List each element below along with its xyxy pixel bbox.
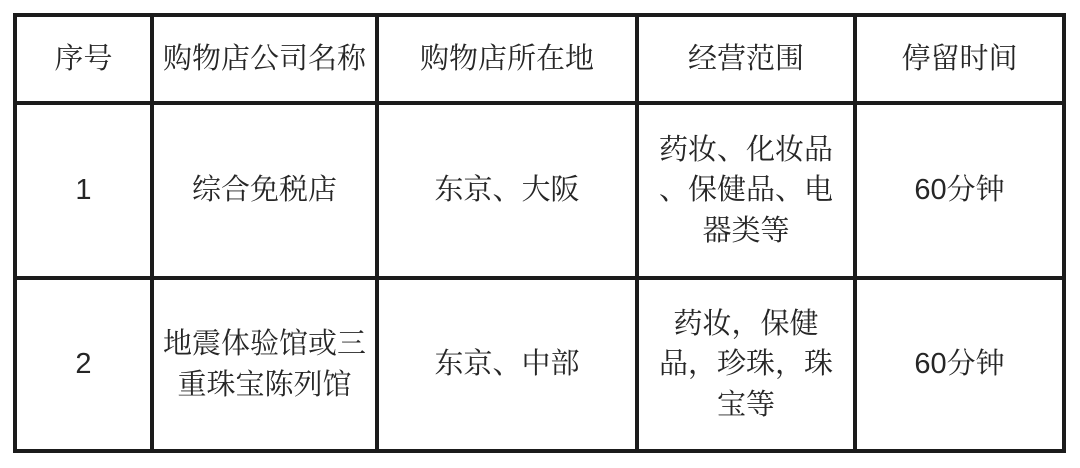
header-cell-business-scope: 经营范围 xyxy=(637,15,855,103)
cell-row2-business-scope: 药妆，保健 品，珍珠，珠 宝等 xyxy=(637,278,855,451)
header-cell-location: 购物店所在地 xyxy=(377,15,637,103)
cell-row2-location: 东京、中部 xyxy=(377,278,637,451)
cell-row1-business-scope: 药妆、化妆品 、保健品、电 器类等 xyxy=(637,103,855,278)
header-cell-serial-number: 序号 xyxy=(15,15,152,103)
header-cell-company-name: 购物店公司名称 xyxy=(152,15,377,103)
table-row: 1 综合免税店 东京、大阪 药妆、化妆品 、保健品、电 器类等 60分钟 xyxy=(15,103,1064,278)
table-row: 2 地震体验馆或三 重珠宝陈列馆 东京、中部 药妆，保健 品，珍珠，珠 宝等 6… xyxy=(15,278,1064,451)
cell-row2-serial-number: 2 xyxy=(15,278,152,451)
cell-row2-company-name: 地震体验馆或三 重珠宝陈列馆 xyxy=(152,278,377,451)
table-header-row: 序号 购物店公司名称 购物店所在地 经营范围 停留时间 xyxy=(15,15,1064,103)
document-page: 序号 购物店公司名称 购物店所在地 经营范围 停留时间 1 综合免税店 东京、大… xyxy=(0,0,1080,468)
header-cell-stay-duration: 停留时间 xyxy=(855,15,1064,103)
cell-row1-serial-number: 1 xyxy=(15,103,152,278)
cell-row1-company-name: 综合免税店 xyxy=(152,103,377,278)
cell-row2-stay-duration: 60分钟 xyxy=(855,278,1064,451)
shopping-stores-table: 序号 购物店公司名称 购物店所在地 经营范围 停留时间 1 综合免税店 东京、大… xyxy=(13,13,1066,453)
cell-row1-stay-duration: 60分钟 xyxy=(855,103,1064,278)
cell-row1-location: 东京、大阪 xyxy=(377,103,637,278)
